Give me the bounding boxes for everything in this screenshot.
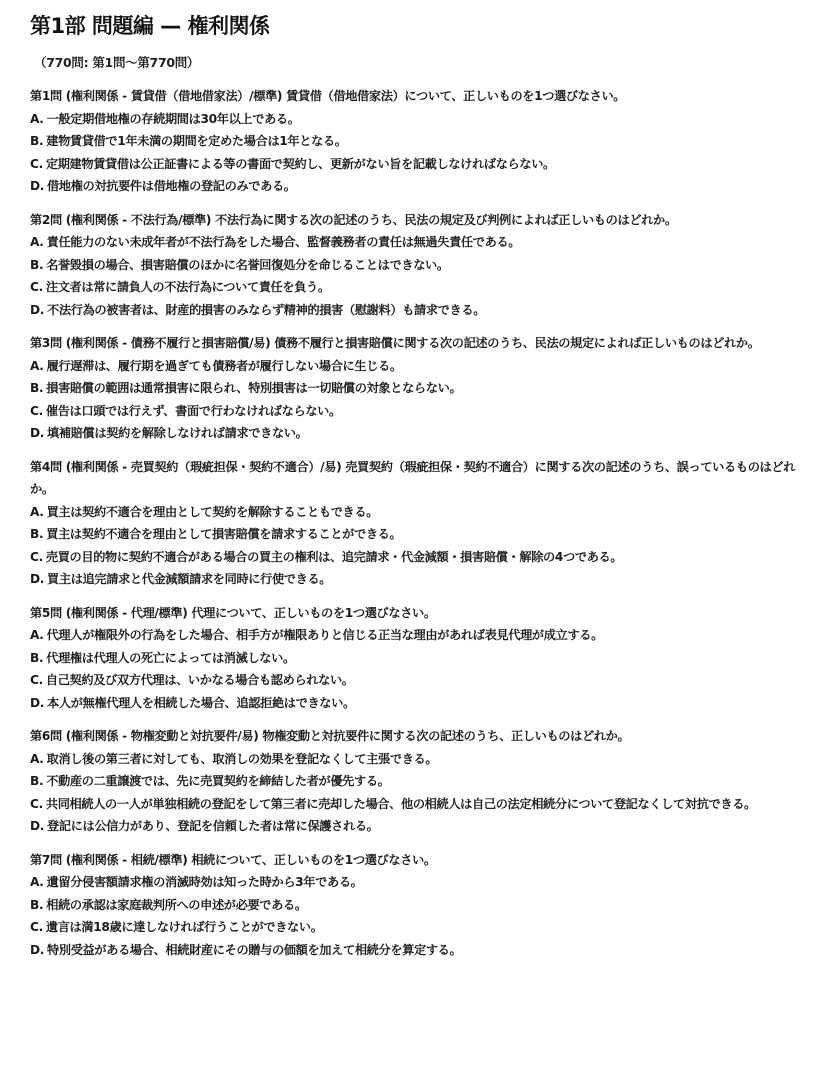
option-b: B.損害賠償の範囲は通常損害に限られ、特別損害は一切賠償の対象とならない。 — [30, 377, 799, 400]
option-text: 損害賠償の範囲は通常損害に限られ、特別損害は一切賠償の対象とならない。 — [46, 381, 461, 395]
question-heading: 第1問 (権利関係 - 賃貸借（借地借家法）/標準) 賃貸借（借地借家法）につい… — [30, 85, 799, 108]
option-text: 填補賠償は契約を解除しなければ請求できない。 — [47, 426, 307, 440]
option-a: A.取消し後の第三者に対しても、取消しの効果を登記なくして主張できる。 — [30, 748, 799, 771]
question-6: 第6問 (権利関係 - 物権変動と対抗要件/易) 物権変動と対抗要件に関する次の… — [30, 725, 799, 838]
option-text: 相続の承認は家庭裁判所への申述が必要である。 — [46, 898, 306, 912]
option-b: B.代理権は代理人の死亡によっては消滅しない。 — [30, 647, 799, 670]
option-key: C. — [30, 550, 43, 564]
option-d: D.特別受益がある場合、相続財産にその贈与の価額を加えて相続分を算定する。 — [30, 939, 799, 962]
option-key: D. — [30, 426, 44, 440]
question-heading: 第6問 (権利関係 - 物権変動と対抗要件/易) 物権変動と対抗要件に関する次の… — [30, 725, 799, 748]
option-text: 共同相続人の一人が単独相続の登記をして第三者に売却した場合、他の相続人は自己の法… — [46, 797, 756, 811]
question-heading: 第4問 (権利関係 - 売買契約（瑕疵担保・契約不適合）/易) 売買契約（瑕疵担… — [30, 456, 799, 501]
option-a: A.一般定期借地権の存続期間は30年以上である。 — [30, 108, 799, 131]
option-d: D.不法行為の被害者は、財産的損害のみならず精神的損害（慰謝料）も請求できる。 — [30, 299, 799, 322]
option-text: 注文者は常に請負人の不法行為について責任を負う。 — [46, 280, 330, 294]
option-key: D. — [30, 303, 44, 317]
option-c: C.自己契約及び双方代理は、いかなる場合も認められない。 — [30, 669, 799, 692]
option-a: A.遺留分侵害額請求権の消滅時効は知った時から3年である。 — [30, 871, 799, 894]
option-key: C. — [30, 280, 43, 294]
question-3: 第3問 (権利関係 - 債務不履行と損害賠償/易) 債務不履行と損害賠償に関する… — [30, 332, 799, 445]
option-key: C. — [30, 157, 43, 171]
option-text: 催告は口頭では行えず、書面で行わなければならない。 — [46, 404, 341, 418]
option-text: 買主は契約不適合を理由として損害賠償を請求することができる。 — [46, 527, 401, 541]
option-key: B. — [30, 258, 43, 272]
option-b: B.不動産の二重譲渡では、先に売買契約を締結した者が優先する。 — [30, 770, 799, 793]
option-key: B. — [30, 898, 43, 912]
option-text: 本人が無権代理人を相続した場合、追認拒絶はできない。 — [47, 696, 355, 710]
option-text: 遺留分侵害額請求権の消滅時効は知った時から3年である。 — [47, 875, 363, 889]
option-text: 名誉毀損の場合、損害賠償のほかに名誉回復処分を命じることはできない。 — [46, 258, 448, 272]
option-text: 売買の目的物に契約不適合がある場合の買主の権利は、追完請求・代金減額・損害賠償・… — [46, 550, 622, 564]
option-text: 定期建物賃貸借は公正証書による等の書面で契約し、更新がない旨を記載しなければなら… — [46, 157, 555, 171]
option-key: B. — [30, 134, 43, 148]
option-key: A. — [30, 505, 44, 519]
option-text: 買主は追完請求と代金減額請求を同時に行使できる。 — [47, 572, 331, 586]
option-key: D. — [30, 179, 44, 193]
option-c: C.売買の目的物に契約不適合がある場合の買主の権利は、追完請求・代金減額・損害賠… — [30, 546, 799, 569]
option-c: C.注文者は常に請負人の不法行為について責任を負う。 — [30, 276, 799, 299]
option-text: 特別受益がある場合、相続財産にその贈与の価額を加えて相続分を算定する。 — [47, 943, 461, 957]
option-key: B. — [30, 651, 43, 665]
option-key: D. — [30, 696, 44, 710]
option-text: 代理人が権限外の行為をした場合、相手方が権限ありと信じる正当な理由があれば表見代… — [47, 628, 603, 642]
option-text: 履行遅滞は、履行期を過ぎても債務者が履行しない場合に生じる。 — [47, 359, 402, 373]
option-text: 遺言は満18歳に達しなければ行うことができない。 — [46, 920, 323, 934]
option-key: B. — [30, 527, 43, 541]
option-key: C. — [30, 673, 43, 687]
question-1: 第1問 (権利関係 - 賃貸借（借地借家法）/標準) 賃貸借（借地借家法）につい… — [30, 85, 799, 198]
option-key: C. — [30, 797, 43, 811]
option-key: D. — [30, 572, 44, 586]
page-title: 第1部 問題編 — 権利関係 — [30, 10, 799, 42]
option-key: B. — [30, 381, 43, 395]
option-text: 借地権の対抗要件は借地権の登記のみである。 — [47, 179, 296, 193]
option-c: C.催告は口頭では行えず、書面で行わなければならない。 — [30, 400, 799, 423]
option-key: A. — [30, 875, 44, 889]
question-4: 第4問 (権利関係 - 売買契約（瑕疵担保・契約不適合）/易) 売買契約（瑕疵担… — [30, 456, 799, 591]
question-heading: 第7問 (権利関係 - 相続/標準) 相続について、正しいものを1つ選びなさい。 — [30, 849, 799, 872]
option-c: C.遺言は満18歳に達しなければ行うことができない。 — [30, 916, 799, 939]
option-a: A.代理人が権限外の行為をした場合、相手方が権限ありと信じる正当な理由があれば表… — [30, 624, 799, 647]
option-b: B.建物賃貸借で1年未満の期間を定めた場合は1年となる。 — [30, 130, 799, 153]
option-d: D.填補賠償は契約を解除しなければ請求できない。 — [30, 422, 799, 445]
question-heading: 第5問 (権利関係 - 代理/標準) 代理について、正しいものを1つ選びなさい。 — [30, 602, 799, 625]
option-key: A. — [30, 112, 44, 126]
option-d: D.借地権の対抗要件は借地権の登記のみである。 — [30, 175, 799, 198]
option-a: A.買主は契約不適合を理由として契約を解除することもできる。 — [30, 501, 799, 524]
option-a: A.履行遅滞は、履行期を過ぎても債務者が履行しない場合に生じる。 — [30, 355, 799, 378]
option-d: D.買主は追完請求と代金減額請求を同時に行使できる。 — [30, 568, 799, 591]
option-d: D.本人が無権代理人を相続した場合、追認拒絶はできない。 — [30, 692, 799, 715]
question-heading: 第3問 (権利関係 - 債務不履行と損害賠償/易) 債務不履行と損害賠償に関する… — [30, 332, 799, 355]
option-text: 取消し後の第三者に対しても、取消しの効果を登記なくして主張できる。 — [47, 752, 438, 766]
option-key: D. — [30, 819, 44, 833]
option-key: A. — [30, 628, 44, 642]
option-key: B. — [30, 774, 43, 788]
option-key: D. — [30, 943, 44, 957]
option-b: B.相続の承認は家庭裁判所への申述が必要である。 — [30, 894, 799, 917]
option-key: C. — [30, 920, 43, 934]
option-c: C.定期建物賃貸借は公正証書による等の書面で契約し、更新がない旨を記載しなければ… — [30, 153, 799, 176]
question-range-subtitle: （770問: 第1問〜第770問） — [34, 52, 799, 74]
option-text: 一般定期借地権の存続期間は30年以上である。 — [47, 112, 300, 126]
option-key: A. — [30, 752, 44, 766]
option-key: A. — [30, 359, 44, 373]
option-text: 代理権は代理人の死亡によっては消滅しない。 — [46, 651, 295, 665]
question-2: 第2問 (権利関係 - 不法行為/標準) 不法行為に関する次の記述のうち、民法の… — [30, 209, 799, 322]
option-b: B.名誉毀損の場合、損害賠償のほかに名誉回復処分を命じることはできない。 — [30, 254, 799, 277]
option-text: 買主は契約不適合を理由として契約を解除することもできる。 — [47, 505, 378, 519]
option-text: 自己契約及び双方代理は、いかなる場合も認められない。 — [46, 673, 354, 687]
option-text: 不動産の二重譲渡では、先に売買契約を締結した者が優先する。 — [46, 774, 389, 788]
option-text: 責任能力のない未成年者が不法行為をした場合、監督義務者の責任は無過失責任である。 — [47, 235, 521, 249]
question-5: 第5問 (権利関係 - 代理/標準) 代理について、正しいものを1つ選びなさい。… — [30, 602, 799, 715]
question-heading: 第2問 (権利関係 - 不法行為/標準) 不法行為に関する次の記述のうち、民法の… — [30, 209, 799, 232]
option-key: C. — [30, 404, 43, 418]
option-d: D.登記には公信力があり、登記を信頼した者は常に保護される。 — [30, 815, 799, 838]
option-text: 建物賃貸借で1年未満の期間を定めた場合は1年となる。 — [46, 134, 346, 148]
option-text: 不法行為の被害者は、財産的損害のみならず精神的損害（慰謝料）も請求できる。 — [47, 303, 485, 317]
option-b: B.買主は契約不適合を理由として損害賠償を請求することができる。 — [30, 523, 799, 546]
document-page: 第1部 問題編 — 権利関係 （770問: 第1問〜第770問） 第1問 (権利… — [0, 0, 829, 961]
option-a: A.責任能力のない未成年者が不法行為をした場合、監督義務者の責任は無過失責任であ… — [30, 231, 799, 254]
question-7: 第7問 (権利関係 - 相続/標準) 相続について、正しいものを1つ選びなさい。… — [30, 849, 799, 962]
option-c: C.共同相続人の一人が単独相続の登記をして第三者に売却した場合、他の相続人は自己… — [30, 793, 799, 816]
option-key: A. — [30, 235, 44, 249]
option-text: 登記には公信力があり、登記を信頼した者は常に保護される。 — [47, 819, 378, 833]
